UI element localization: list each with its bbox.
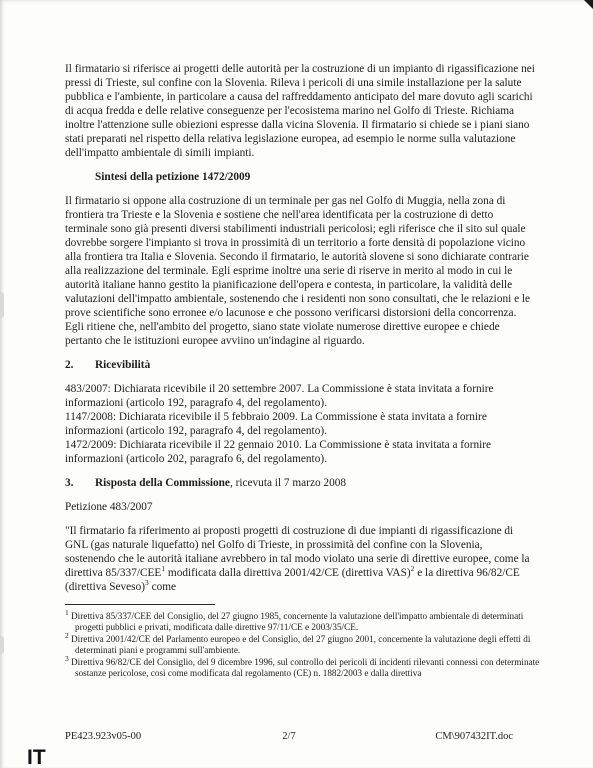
footer-document-number: PE423.923v05-00 xyxy=(65,731,282,742)
section-title-rest: , ricevuta il 7 marzo 2008 xyxy=(230,477,346,489)
quote-segment: modificata dalla direttiva 2001/42/CE (d… xyxy=(165,567,411,579)
petition-quote-paragraph: "Il firmatario fa riferimento ai propost… xyxy=(65,524,535,594)
footnote: 3 Direttiva 96/82/CE del Consiglio, del … xyxy=(65,657,543,680)
section-title: Risposta della Commissione, ricevuta il … xyxy=(95,476,346,490)
footnote-text: Direttiva 96/82/CE del Consiglio, del 9 … xyxy=(69,657,540,678)
section-title-bold: Risposta della Commissione xyxy=(95,477,230,489)
scanned-document-page: Il firmatario si riferisce ai progetti d… xyxy=(0,0,593,768)
admissibility-item: 483/2007: Dichiarata ricevibile il 20 se… xyxy=(65,382,535,410)
scan-edge-smudge xyxy=(0,636,4,654)
scan-corner-mark xyxy=(584,0,593,9)
footer-page-number: 2/7 xyxy=(282,731,295,742)
page-footer: PE423.923v05-00 2/7 CM\907432IT.doc xyxy=(65,731,513,742)
footnote: 1 Direttiva 85/337/CEE del Consiglio, de… xyxy=(65,611,543,634)
section-heading-response: 3. Risposta della Commissione, ricevuta … xyxy=(65,476,535,490)
section-heading-admissibility: 2. Ricevibilità xyxy=(65,358,535,372)
document-body: Il firmatario si riferisce ai progetti d… xyxy=(65,62,535,679)
admissibility-item: 1472/2009: Dichiarata ricevibile il 22 g… xyxy=(65,438,535,466)
footer-filename: CM\907432IT.doc xyxy=(296,731,513,742)
admissibility-item: 1147/2008: Dichiarata ricevibile il 5 fe… xyxy=(65,410,535,438)
quote-segment: come xyxy=(149,581,176,593)
petition-label: Petizione 483/2007 xyxy=(65,500,535,514)
footnote-text: Direttiva 2001/42/CE del Parlamento euro… xyxy=(69,634,531,655)
language-code: IT xyxy=(27,748,46,768)
section-title: Ricevibilità xyxy=(95,358,150,372)
footnotes: 1 Direttiva 85/337/CEE del Consiglio, de… xyxy=(65,611,543,679)
summary-paragraph: Il firmatario si oppone alla costruzione… xyxy=(65,194,535,348)
footnote: 2 Direttiva 2001/42/CE del Parlamento eu… xyxy=(65,634,543,657)
summary-heading: Sintesi della petizione 1472/2009 xyxy=(95,170,535,184)
footnote-separator xyxy=(65,604,215,605)
footnote-text: Direttiva 85/337/CEE del Consiglio, del … xyxy=(69,611,524,632)
intro-paragraph: Il firmatario si riferisce ai progetti d… xyxy=(65,62,535,160)
scan-edge-smudge xyxy=(0,292,4,318)
section-number: 3. xyxy=(65,476,95,490)
section-number: 2. xyxy=(65,358,95,372)
admissibility-list: 483/2007: Dichiarata ricevibile il 20 se… xyxy=(65,382,535,466)
